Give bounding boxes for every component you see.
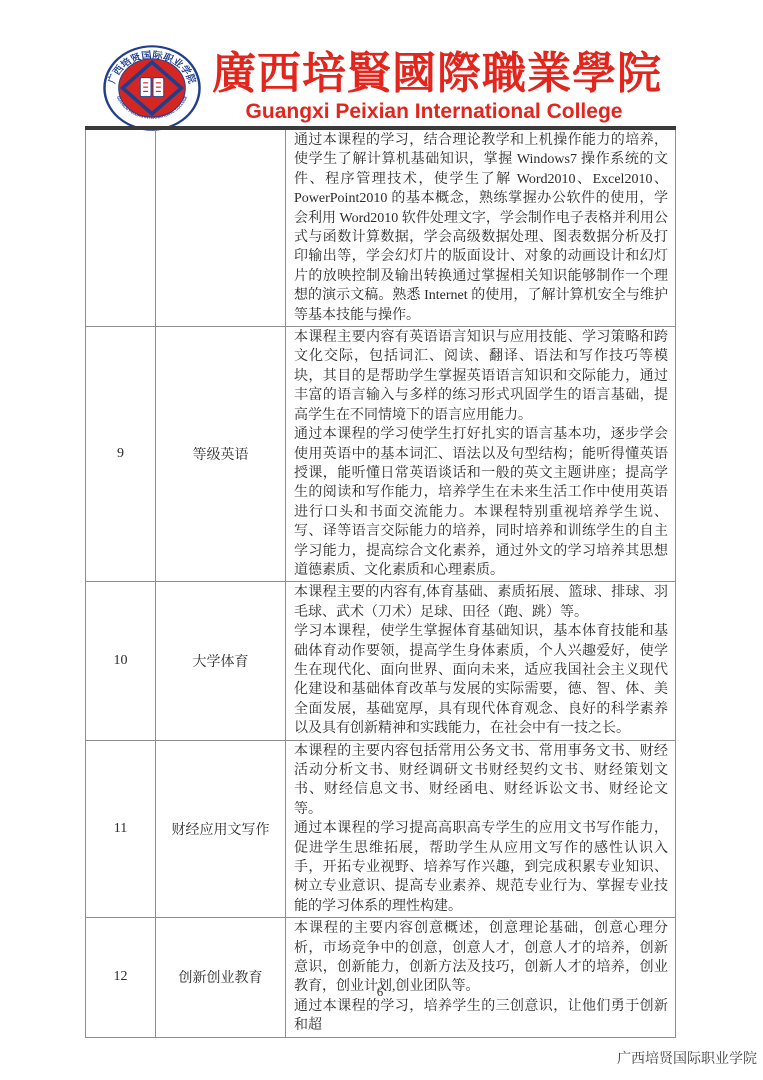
course-description-paragraph: 通过本课程的学习使学生打好扎实的语言基本功，逐步学会使用英语中的基本词汇、语法以… — [294, 425, 668, 580]
course-name-cell: 大学体育 — [156, 582, 286, 740]
document-page: 广西培贤国际职业学院 GUANGXI PEIXIAN INTERNATIONAL… — [0, 0, 763, 1080]
course-description-paragraph: 本课程主要内容有英语语言知识与应用技能、学习策略和跨文化交际，包括词汇、阅读、翻… — [294, 328, 668, 425]
college-logo-icon: 广西培贤国际职业学院 GUANGXI PEIXIAN INTERNATIONAL… — [103, 45, 201, 131]
table-row-11: 11 财经应用文写作 本课程的主要内容包括常用公务文书、常用事务文书、财经活动分… — [86, 740, 676, 918]
course-name-cell: 等级英语 — [156, 327, 286, 582]
course-number-cell: 10 — [86, 582, 156, 740]
course-name-cell: 财经应用文写作 — [156, 740, 286, 918]
course-table: 通过本课程的学习，结合理论教学和上机操作能力的培养，使学生了解计算机基础知识，掌… — [85, 126, 676, 1038]
course-description-cell: 本课程的主要内容包括常用公务文书、常用事务文书、财经活动分析文书、财经调研文书财… — [286, 740, 676, 918]
college-name-chinese: 廣西培賢國際職業學院 — [212, 48, 658, 100]
college-name-english: Guangxi Peixian International College — [206, 100, 662, 124]
table-row-9: 9 等级英语 本课程主要内容有英语语言知识与应用技能、学习策略和跨文化交际，包括… — [86, 327, 676, 582]
footer-watermark: 广西培贤国际职业学院 — [617, 1048, 757, 1068]
table-row-12: 12 创新创业教育 本课程的主要内容创意概述，创意理论基础，创意心理分析，市场竞… — [86, 918, 676, 1037]
course-number-cell: 9 — [86, 327, 156, 582]
course-name-cell — [156, 128, 286, 327]
course-description-paragraph: 本课程的主要内容包括常用公务文书、常用事务文书、财经活动分析文书、财经调研文书财… — [294, 742, 668, 820]
course-description-paragraph: 通过本课程的学习，结合理论教学和上机操作能力的培养，使学生了解计算机基础知识，掌… — [294, 131, 668, 325]
page-number: 6 — [85, 984, 675, 1000]
course-number-cell — [86, 128, 156, 327]
course-number-cell: 11 — [86, 740, 156, 918]
course-description-cell: 通过本课程的学习，结合理论教学和上机操作能力的培养，使学生了解计算机基础知识，掌… — [286, 128, 676, 327]
course-description-paragraph: 本课程主要的内容有,体育基础、素质拓展、篮球、排球、羽毛球、武术（刀术）足球、田… — [294, 583, 668, 622]
course-description-cell: 本课程主要内容有英语语言知识与应用技能、学习策略和跨文化交际，包括词汇、阅读、翻… — [286, 327, 676, 582]
page-header: 广西培贤国际职业学院 GUANGXI PEIXIAN INTERNATIONAL… — [0, 0, 763, 128]
course-description-paragraph: 学习本课程，使学生掌握体育基础知识，基本体育技能和基础体育动作要领，提高学生身体… — [294, 622, 668, 738]
course-number-cell: 12 — [86, 918, 156, 1037]
course-description-cell: 本课程的主要内容创意概述，创意理论基础，创意心理分析，市场竞争中的创意，创意人才… — [286, 918, 676, 1037]
table-row-10: 10 大学体育 本课程主要的内容有,体育基础、素质拓展、篮球、排球、羽毛球、武术… — [86, 582, 676, 740]
course-description-paragraph: 通过本课程的学习提高高职高专学生的应用文书写作能力，促进学生思维拓展，帮助学生从… — [294, 819, 668, 916]
course-description-paragraph: 通过本课程的学习，培养学生的三创意识，让他们勇于创新和超 — [294, 997, 668, 1036]
course-name-cell: 创新创业教育 — [156, 918, 286, 1037]
course-description-cell: 本课程主要的内容有,体育基础、素质拓展、篮球、排球、羽毛球、武术（刀术）足球、田… — [286, 582, 676, 740]
table-row-continued: 通过本课程的学习，结合理论教学和上机操作能力的培养，使学生了解计算机基础知识，掌… — [86, 128, 676, 327]
